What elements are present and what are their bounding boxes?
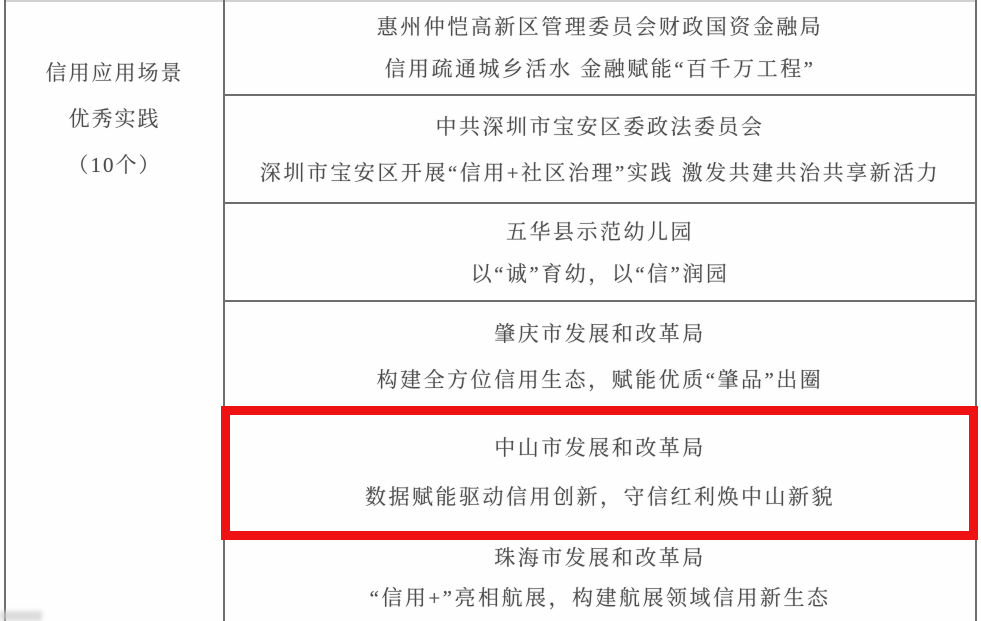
practice-title: “信用+”亮相航展，构建航展领域信用新生态: [370, 582, 831, 612]
scan-artifact-smudge: [0, 611, 42, 621]
table-row: 五华县示范幼儿园 以“诚”育幼，以“信”润园: [225, 202, 975, 300]
table-row: 肇庆市发展和改革局 构建全方位信用生态，赋能优质“肇品”出圈: [225, 300, 975, 410]
table-row: 珠海市发展和改革局 “信用+”亮相航展，构建航展领域信用新生态: [225, 531, 975, 621]
category-line-3: （10个）: [6, 142, 223, 188]
org-name: 五华县示范幼儿园: [506, 216, 694, 246]
table-row: 中共深圳市宝安区委政法委员会 深圳市宝安区开展“信用+社区治理”实践 激发共建共…: [225, 94, 975, 202]
table-row: 惠州仲恺高新区管理委员会财政国资金融局 信用疏通城乡活水 金融赋能“百千万工程”: [225, 0, 975, 94]
practice-title: 信用疏通城乡活水 金融赋能“百千万工程”: [385, 53, 816, 83]
category-line-2: 优秀实践: [6, 96, 223, 142]
category-cell: 信用应用场景 优秀实践 （10个）: [4, 0, 223, 621]
entries-column: 惠州仲恺高新区管理委员会财政国资金融局 信用疏通城乡活水 金融赋能“百千万工程”…: [223, 0, 977, 621]
org-name: 中共深圳市宝安区委政法委员会: [436, 111, 765, 141]
table-top-border: [4, 0, 977, 2]
document-page: 信用应用场景 优秀实践 （10个） 惠州仲恺高新区管理委员会财政国资金融局 信用…: [0, 0, 981, 621]
org-name: 惠州仲恺高新区管理委员会财政国资金融局: [377, 11, 824, 41]
org-name: 珠海市发展和改革局: [494, 542, 706, 572]
table-row-highlighted: 中山市发展和改革局 数据赋能驱动信用创新，守信红利焕中山新貌: [225, 410, 975, 531]
org-name: 中山市发展和改革局: [494, 432, 706, 462]
practice-title: 构建全方位信用生态，赋能优质“肇品”出圈: [377, 364, 824, 394]
awards-table: 信用应用场景 优秀实践 （10个） 惠州仲恺高新区管理委员会财政国资金融局 信用…: [4, 0, 977, 621]
practice-title: 深圳市宝安区开展“信用+社区治理”实践 激发共建共治共享新活力: [260, 157, 940, 187]
practice-title: 数据赋能驱动信用创新，守信红利焕中山新貌: [365, 481, 835, 511]
category-line-1: 信用应用场景: [6, 50, 223, 96]
practice-title: 以“诚”育幼，以“信”润园: [471, 258, 730, 288]
org-name: 肇庆市发展和改革局: [494, 318, 706, 348]
